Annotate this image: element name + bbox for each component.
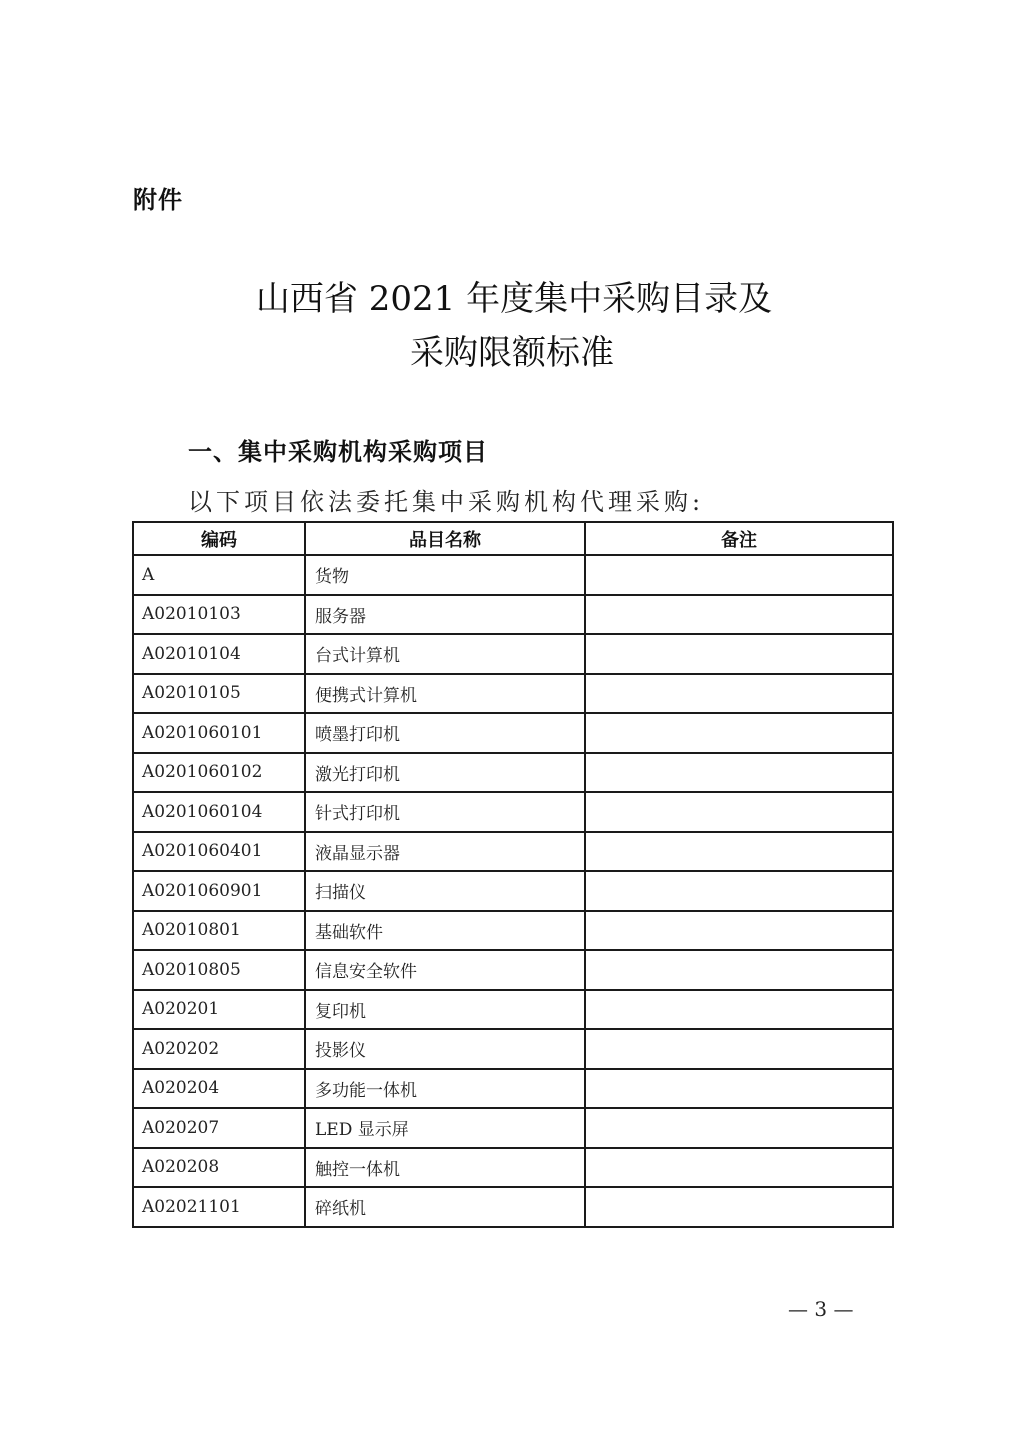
cell-code: A020207 bbox=[133, 1108, 305, 1148]
cell-note bbox=[585, 713, 893, 753]
table-row: A020204多功能一体机 bbox=[133, 1069, 893, 1109]
table-row: A02010103服务器 bbox=[133, 595, 893, 635]
cell-item-name: 触控一体机 bbox=[305, 1148, 585, 1188]
table-row: A货物 bbox=[133, 555, 893, 595]
section-intro: 以下项目依法委托集中采购机构代理采购: bbox=[188, 482, 704, 517]
table-row: A0201060104针式打印机 bbox=[133, 792, 893, 832]
cell-code: A020201 bbox=[133, 990, 305, 1030]
cell-code: A0201060102 bbox=[133, 753, 305, 793]
cell-code: A0201060401 bbox=[133, 832, 305, 872]
cell-code: A020202 bbox=[133, 1029, 305, 1069]
cell-note bbox=[585, 1029, 893, 1069]
cell-note bbox=[585, 832, 893, 872]
cell-code: A0201060101 bbox=[133, 713, 305, 753]
cell-note bbox=[585, 1187, 893, 1227]
table-row: A0201060401液晶显示器 bbox=[133, 832, 893, 872]
cell-code: A02021101 bbox=[133, 1187, 305, 1227]
cell-item-name: 基础软件 bbox=[305, 911, 585, 951]
cell-code: A020208 bbox=[133, 1148, 305, 1188]
cell-note bbox=[585, 1148, 893, 1188]
cell-item-name: 液晶显示器 bbox=[305, 832, 585, 872]
cell-code: A02010105 bbox=[133, 674, 305, 714]
title-line-2: 采购限额标准 bbox=[0, 326, 1024, 380]
cell-item-name: 货物 bbox=[305, 555, 585, 595]
cell-item-name: 便携式计算机 bbox=[305, 674, 585, 714]
header-code: 编码 bbox=[133, 522, 305, 555]
cell-item-name: 碎纸机 bbox=[305, 1187, 585, 1227]
cell-item-name: 复印机 bbox=[305, 990, 585, 1030]
cell-note bbox=[585, 792, 893, 832]
cell-item-name: LED 显示屏 bbox=[305, 1108, 585, 1148]
cell-note bbox=[585, 911, 893, 951]
title-line-1: 山西省 2021 年度集中采购目录及 bbox=[0, 272, 1024, 326]
table-row: A020207LED 显示屏 bbox=[133, 1108, 893, 1148]
table-row: A0201060101喷墨打印机 bbox=[133, 713, 893, 753]
cell-item-name: 针式打印机 bbox=[305, 792, 585, 832]
table-header-row: 编码 品目名称 备注 bbox=[133, 522, 893, 555]
cell-item-name: 喷墨打印机 bbox=[305, 713, 585, 753]
header-item-name: 品目名称 bbox=[305, 522, 585, 555]
cell-note bbox=[585, 674, 893, 714]
cell-item-name: 扫描仪 bbox=[305, 871, 585, 911]
cell-code: A0201060104 bbox=[133, 792, 305, 832]
cell-note bbox=[585, 753, 893, 793]
table-row: A02010104台式计算机 bbox=[133, 634, 893, 674]
cell-item-name: 信息安全软件 bbox=[305, 950, 585, 990]
cell-note bbox=[585, 950, 893, 990]
cell-note bbox=[585, 1069, 893, 1109]
cell-note bbox=[585, 595, 893, 635]
table-row: A02010805信息安全软件 bbox=[133, 950, 893, 990]
document-page: 附件 山西省 2021 年度集中采购目录及 采购限额标准 一、集中采购机构采购项… bbox=[0, 0, 1024, 1448]
cell-item-name: 激光打印机 bbox=[305, 753, 585, 793]
table-row: A0201060901扫描仪 bbox=[133, 871, 893, 911]
table-row: A02021101碎纸机 bbox=[133, 1187, 893, 1227]
table-row: A020201复印机 bbox=[133, 990, 893, 1030]
table-row: A02010105便携式计算机 bbox=[133, 674, 893, 714]
page-number: — 3 — bbox=[788, 1297, 853, 1321]
cell-note bbox=[585, 871, 893, 911]
cell-note bbox=[585, 990, 893, 1030]
cell-item-name: 多功能一体机 bbox=[305, 1069, 585, 1109]
cell-note bbox=[585, 634, 893, 674]
cell-item-name: 投影仪 bbox=[305, 1029, 585, 1069]
attachment-label: 附件 bbox=[133, 180, 183, 215]
table-body: A货物A02010103服务器A02010104台式计算机A02010105便携… bbox=[133, 555, 893, 1227]
cell-code: A02010103 bbox=[133, 595, 305, 635]
cell-code: A02010104 bbox=[133, 634, 305, 674]
section-heading: 一、集中采购机构采购项目 bbox=[188, 432, 488, 467]
cell-item-name: 台式计算机 bbox=[305, 634, 585, 674]
cell-code: A0201060901 bbox=[133, 871, 305, 911]
cell-note bbox=[585, 555, 893, 595]
table-row: A0201060102激光打印机 bbox=[133, 753, 893, 793]
cell-note bbox=[585, 1108, 893, 1148]
cell-code: A020204 bbox=[133, 1069, 305, 1109]
document-title: 山西省 2021 年度集中采购目录及 采购限额标准 bbox=[0, 272, 1024, 380]
table-row: A02010801基础软件 bbox=[133, 911, 893, 951]
cell-item-name: 服务器 bbox=[305, 595, 585, 635]
header-note: 备注 bbox=[585, 522, 893, 555]
table-row: A020202投影仪 bbox=[133, 1029, 893, 1069]
cell-code: A02010801 bbox=[133, 911, 305, 951]
cell-code: A02010805 bbox=[133, 950, 305, 990]
table-row: A020208触控一体机 bbox=[133, 1148, 893, 1188]
cell-code: A bbox=[133, 555, 305, 595]
procurement-catalog-table: 编码 品目名称 备注 A货物A02010103服务器A02010104台式计算机… bbox=[132, 521, 894, 1228]
